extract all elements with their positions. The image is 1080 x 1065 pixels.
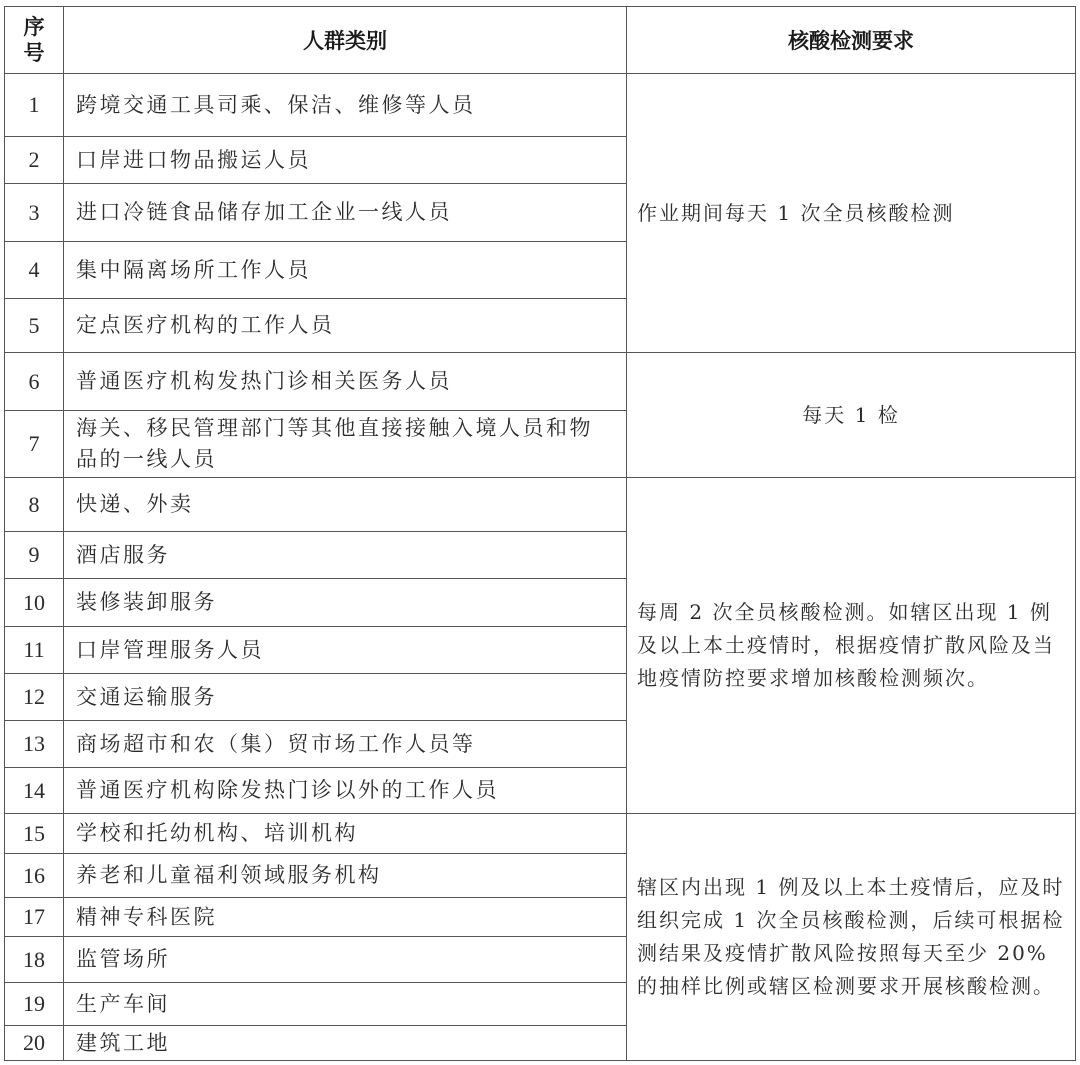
row-num: 7 bbox=[5, 411, 64, 478]
table-row: 1 跨境交通工具司乘、保洁、维修等人员 作业期间每天 1 次全员核酸检测 bbox=[5, 74, 1076, 137]
requirement-group-3: 每周 2 次全员核酸检测。如辖区出现 1 例及以上本土疫情时，根据疫情扩散风险及… bbox=[627, 478, 1076, 814]
row-num: 20 bbox=[5, 1026, 64, 1061]
row-num: 15 bbox=[5, 814, 64, 854]
header-num: 序号 bbox=[5, 7, 64, 74]
row-num: 1 bbox=[5, 74, 64, 137]
row-category: 建筑工地 bbox=[64, 1026, 627, 1061]
row-num: 8 bbox=[5, 478, 64, 532]
row-num: 3 bbox=[5, 184, 64, 242]
header-row: 序号 人群类别 核酸检测要求 bbox=[5, 7, 1076, 74]
row-category: 装修装卸服务 bbox=[64, 579, 627, 627]
row-category: 生产车间 bbox=[64, 983, 627, 1026]
row-num: 12 bbox=[5, 674, 64, 721]
row-category: 交通运输服务 bbox=[64, 674, 627, 721]
requirement-group-1: 作业期间每天 1 次全员核酸检测 bbox=[627, 74, 1076, 353]
header-requirement: 核酸检测要求 bbox=[627, 7, 1076, 74]
row-category: 学校和托幼机构、培训机构 bbox=[64, 814, 627, 854]
row-num: 17 bbox=[5, 898, 64, 937]
row-category: 集中隔离场所工作人员 bbox=[64, 242, 627, 299]
row-category: 监管场所 bbox=[64, 937, 627, 983]
row-num: 19 bbox=[5, 983, 64, 1026]
header-category: 人群类别 bbox=[64, 7, 627, 74]
requirement-group-2: 每天 1 检 bbox=[627, 353, 1076, 478]
row-num: 2 bbox=[5, 137, 64, 184]
table-row: 6 普通医疗机构发热门诊相关医务人员 每天 1 检 bbox=[5, 353, 1076, 411]
table-row: 8 快递、外卖 每周 2 次全员核酸检测。如辖区出现 1 例及以上本土疫情时，根… bbox=[5, 478, 1076, 532]
row-num: 10 bbox=[5, 579, 64, 627]
row-category: 养老和儿童福利领域服务机构 bbox=[64, 854, 627, 898]
row-num: 13 bbox=[5, 721, 64, 768]
row-category: 跨境交通工具司乘、保洁、维修等人员 bbox=[64, 74, 627, 137]
row-category: 海关、移民管理部门等其他直接接触入境人员和物品的一线人员 bbox=[64, 411, 627, 478]
row-category: 普通医疗机构除发热门诊以外的工作人员 bbox=[64, 768, 627, 814]
row-category: 快递、外卖 bbox=[64, 478, 627, 532]
table-row: 15 学校和托幼机构、培训机构 辖区内出现 1 例及以上本土疫情后，应及时组织完… bbox=[5, 814, 1076, 854]
row-num: 5 bbox=[5, 299, 64, 353]
row-category: 酒店服务 bbox=[64, 532, 627, 579]
row-num: 14 bbox=[5, 768, 64, 814]
row-category: 商场超市和农（集）贸市场工作人员等 bbox=[64, 721, 627, 768]
row-num: 18 bbox=[5, 937, 64, 983]
row-category: 普通医疗机构发热门诊相关医务人员 bbox=[64, 353, 627, 411]
row-category: 精神专科医院 bbox=[64, 898, 627, 937]
row-num: 11 bbox=[5, 627, 64, 674]
row-num: 16 bbox=[5, 854, 64, 898]
row-num: 4 bbox=[5, 242, 64, 299]
row-num: 9 bbox=[5, 532, 64, 579]
row-category: 定点医疗机构的工作人员 bbox=[64, 299, 627, 353]
testing-requirements-table: 序号 人群类别 核酸检测要求 1 跨境交通工具司乘、保洁、维修等人员 作业期间每… bbox=[4, 6, 1076, 1061]
row-category: 口岸管理服务人员 bbox=[64, 627, 627, 674]
requirement-group-4: 辖区内出现 1 例及以上本土疫情后，应及时组织完成 1 次全员核酸检测，后续可根… bbox=[627, 814, 1076, 1061]
row-category: 进口冷链食品储存加工企业一线人员 bbox=[64, 184, 627, 242]
row-num: 6 bbox=[5, 353, 64, 411]
row-category: 口岸进口物品搬运人员 bbox=[64, 137, 627, 184]
